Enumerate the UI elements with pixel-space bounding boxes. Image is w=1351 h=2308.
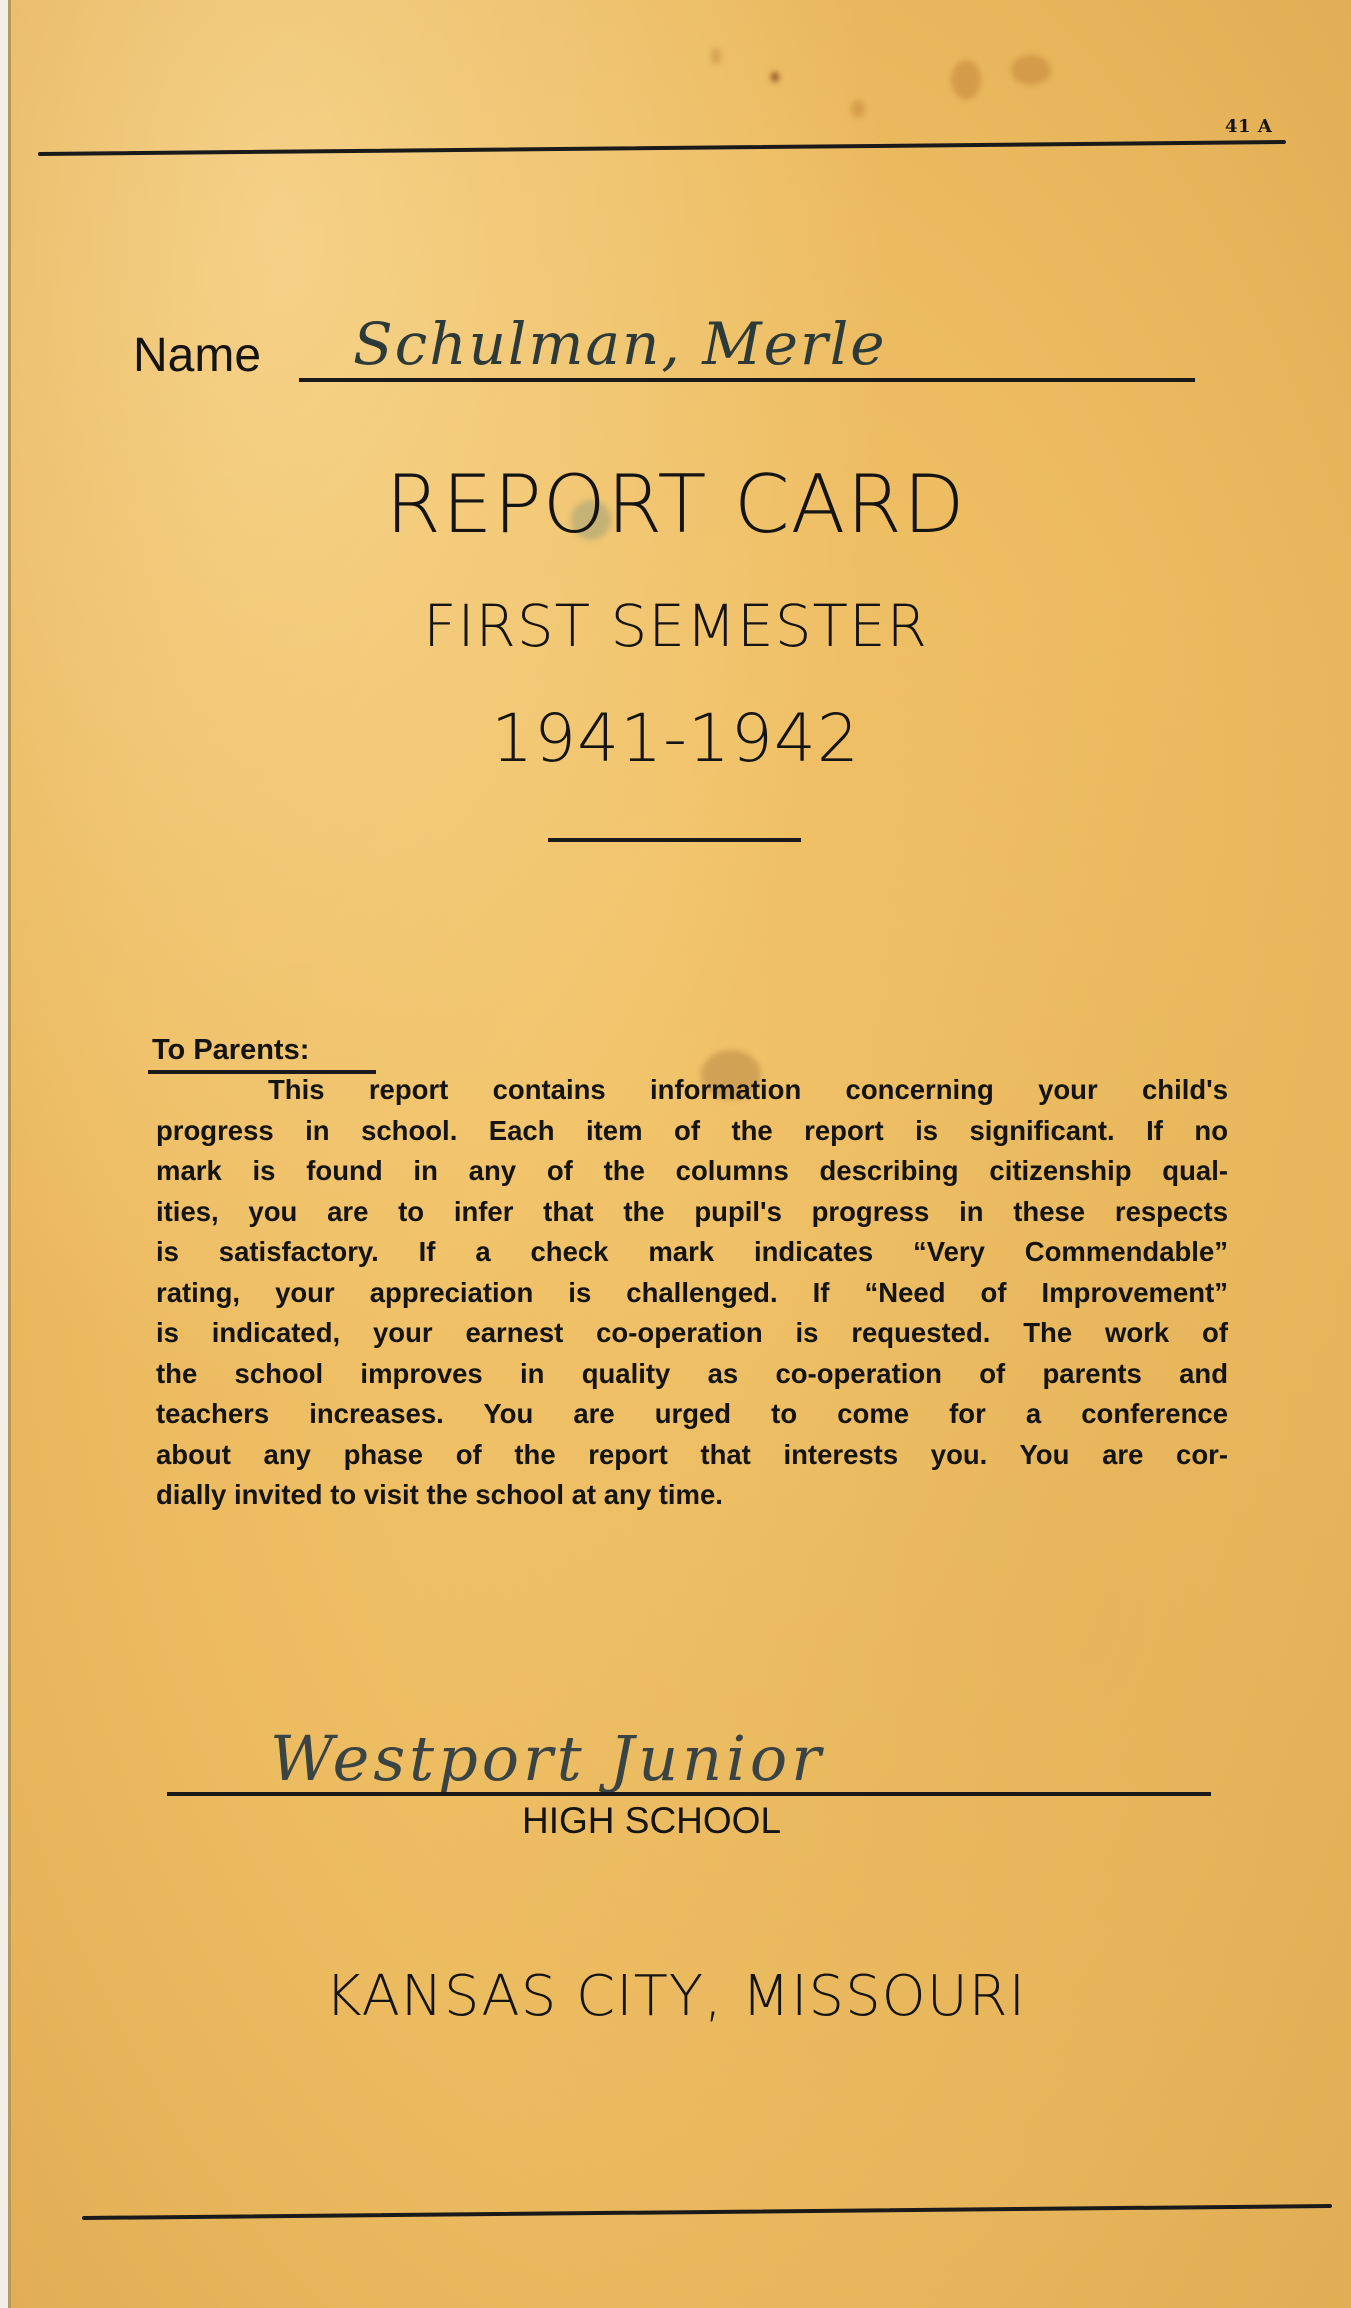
name-label: Name: [133, 328, 261, 383]
form-number: 41 A: [1225, 116, 1272, 137]
stain-mark: [1011, 55, 1051, 85]
notice-line: the school improves in quality as co-ope…: [156, 1354, 1228, 1395]
student-name-handwritten: Schulman, Merle: [353, 310, 887, 378]
school-name-handwritten: Westport Junior: [270, 1722, 825, 1795]
stain-mark: [711, 48, 721, 64]
name-field: Name Schulman, Merle: [133, 310, 1193, 390]
city-state: KANSAS CITY, MISSOURI: [0, 1964, 1351, 2029]
divider: [548, 838, 801, 842]
notice-body: This report contains information concern…: [156, 1070, 1228, 1516]
notice-line: is indicated, your earnest co-operation …: [156, 1313, 1228, 1354]
notice-line: ities, you are to infer that the pupil's…: [156, 1192, 1228, 1233]
notice-line: This report contains information concern…: [156, 1070, 1228, 1111]
stain-mark: [851, 100, 865, 118]
school-label: HIGH SCHOOL: [522, 1800, 781, 1842]
notice-line: progress in school. Each item of the rep…: [156, 1111, 1228, 1152]
document-title: REPORT CARD: [0, 458, 1351, 551]
semester-label: FIRST SEMESTER: [0, 592, 1351, 660]
stain-mark: [951, 60, 981, 100]
notice-line: rating, your appreciation is challenged.…: [156, 1273, 1228, 1314]
stain-mark: [771, 72, 779, 82]
school-underline: [167, 1792, 1211, 1796]
notice-line: mark is found in any of the columns desc…: [156, 1151, 1228, 1192]
school-year: 1941-1942: [0, 700, 1351, 777]
name-underline: [299, 378, 1195, 382]
notice-line: about any phase of the report that inter…: [156, 1435, 1228, 1476]
notice-line: teachers increases. You are urged to com…: [156, 1394, 1228, 1435]
notice-heading: To Parents:: [152, 1034, 309, 1067]
notice-line: is satisfactory. If a check mark indicat…: [156, 1232, 1228, 1273]
notice-line: dially invited to visit the school at an…: [156, 1475, 1228, 1516]
